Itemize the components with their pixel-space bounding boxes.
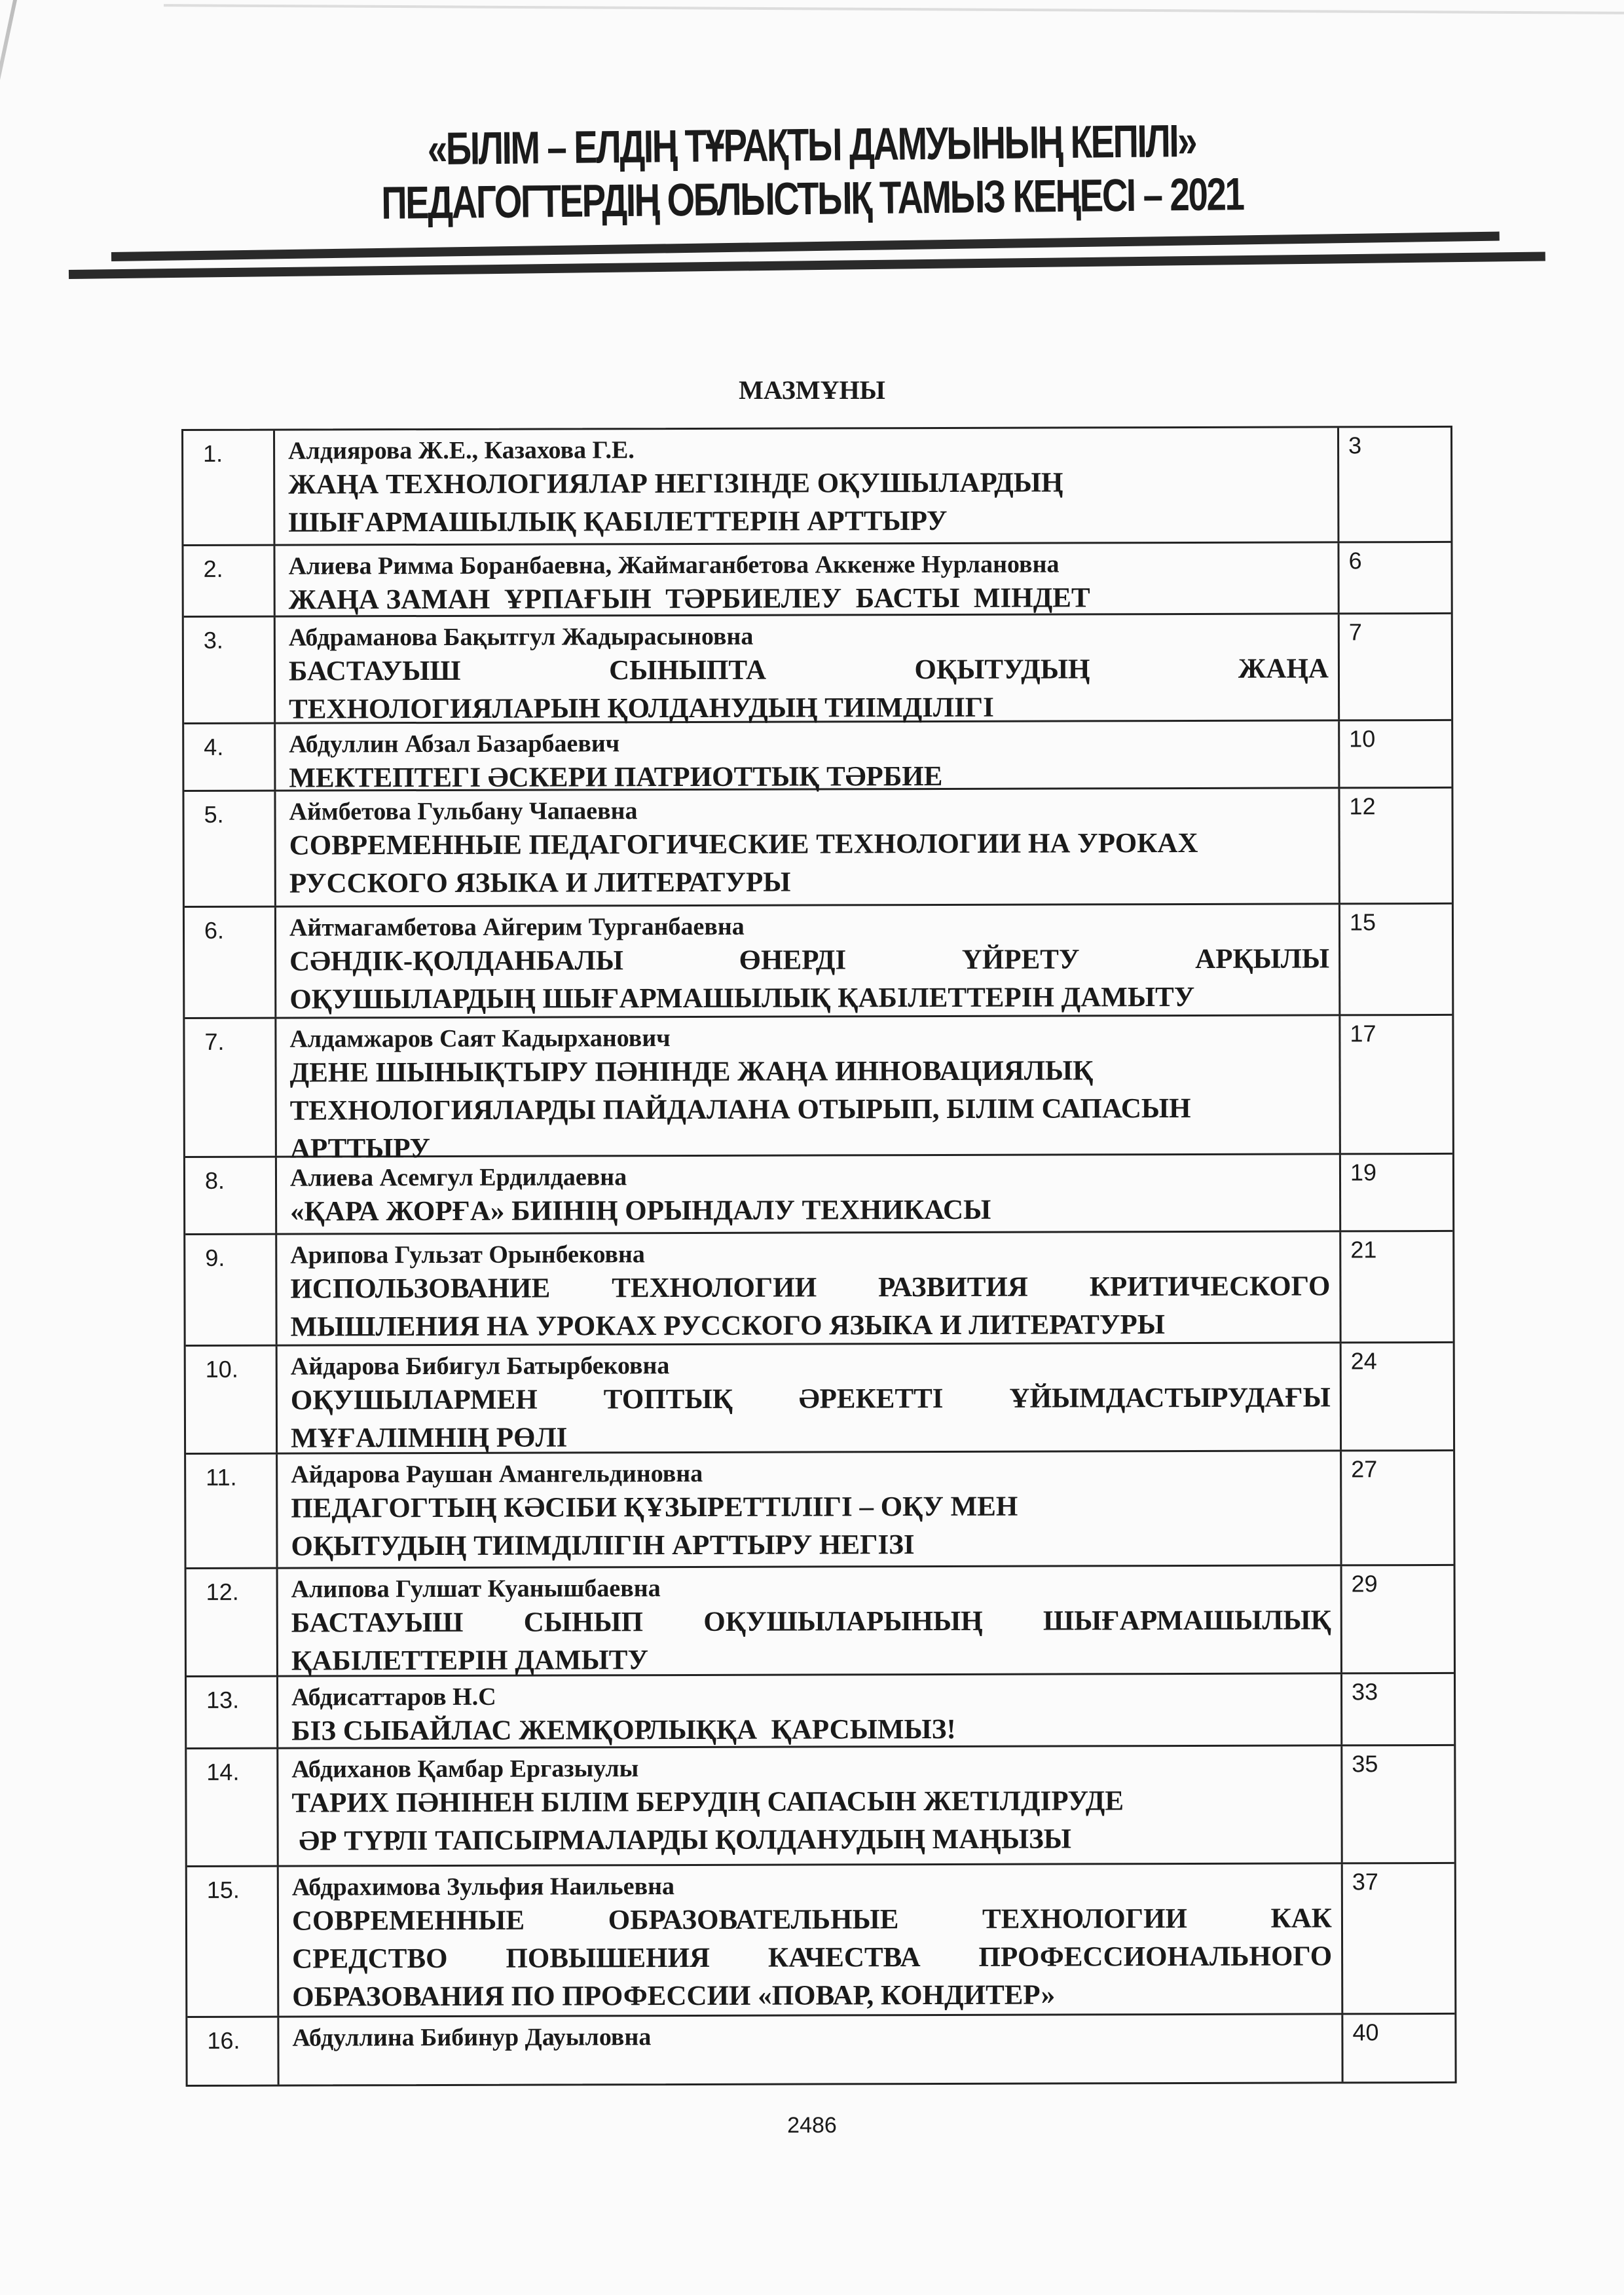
toc-entry-author: Айдарова Бибигул Батырбековна xyxy=(291,1349,1331,1381)
toc-entry-number: 2. xyxy=(183,546,275,616)
toc-entry-title-line[interactable]: «ҚАРА ЖОРҒА» БИІНІҢ ОРЫНДАЛУ ТЕХНИКАСЫ xyxy=(290,1190,1330,1231)
toc-row: 13.Абдисаттаров Н.СБІЗ СЫБАЙЛАС ЖЕМҚОРЛЫ… xyxy=(187,1672,1454,1747)
toc-entry-page[interactable]: 24 xyxy=(1342,1343,1453,1449)
toc-entry-author: Алдамжаров Саят Кадырханович xyxy=(289,1021,1329,1054)
toc-entry-title-line[interactable]: ШЫҒАРМАШЫЛЫҚ ҚАБІЛЕТТЕРІН АРТТЫРУ xyxy=(288,501,1328,542)
toc-entry-title-line[interactable]: СӘНДІК-ҚОЛДАНБАЛЫ ӨНЕРДІ ҮЙРЕТУ АРҚЫЛЫ xyxy=(289,940,1329,980)
toc-entry-title-line[interactable]: ӘР ТҮРЛІ ТАПСЫРМАЛАРДЫ ҚОЛДАНУДЫҢ МАҢЫЗЫ xyxy=(292,1819,1332,1860)
toc-entry-title-line[interactable]: ЖАҢА ТЕХНОЛОГИЯЛАР НЕГІЗІНДЕ ОҚУШЫЛАРДЫҢ xyxy=(288,463,1328,504)
toc-entry-page[interactable]: 7 xyxy=(1340,614,1451,719)
toc-row: 12.Алипова Гулшат КуанышбаевнаБАСТАУЫШ С… xyxy=(187,1564,1454,1675)
toc-entry-number: 10. xyxy=(186,1347,278,1453)
toc-row: 1.Алдиярова Ж.Е., Казахова Г.Е.ЖАҢА ТЕХН… xyxy=(183,428,1450,544)
toc-row: 15.Абдрахимова Зульфия НаильевнаСОВРЕМЕН… xyxy=(187,1862,1455,2016)
toc-entry-title-line[interactable]: ИСПОЛЬЗОВАНИЕ ТЕХНОЛОГИИ РАЗВИТИЯ КРИТИЧ… xyxy=(290,1267,1330,1308)
toc-entry-number: 1. xyxy=(183,431,275,544)
toc-entry-page[interactable]: 15 xyxy=(1340,905,1452,1014)
toc-row: 7.Алдамжаров Саят КадырхановичДЕНЕ ШЫНЫҚ… xyxy=(185,1014,1452,1156)
toc-entry-title-line[interactable]: МЫШЛЕНИЯ НА УРОКАХ РУССКОГО ЯЗЫКА И ЛИТЕ… xyxy=(291,1305,1331,1346)
toc-entry-number: 6. xyxy=(185,908,276,1017)
toc-entry-author: Алдиярова Ж.Е., Казахова Г.Е. xyxy=(288,433,1328,466)
toc-entry-body: Айдарова Раушан АмангельдиновнаПЕДАГОГТЫ… xyxy=(278,1451,1342,1567)
toc-entry-number: 16. xyxy=(187,2018,279,2085)
toc-entry-title-line[interactable]: ОҚУШЫЛАРМЕН ТОПТЫҚ ӘРЕКЕТТІ ҰЙЫМДАСТЫРУД… xyxy=(291,1379,1331,1419)
toc-entry-number: 4. xyxy=(184,724,276,790)
toc-entry-number: 13. xyxy=(187,1677,278,1747)
toc-entry-title-line[interactable]: ОБРАЗОВАНИЯ ПО ПРОФЕССИИ «ПОВАР, КОНДИТЕ… xyxy=(292,1975,1332,2016)
toc-entry-body: Абдуллин Абзал БазарбаевичМЕКТЕПТЕГІ ӘСК… xyxy=(276,721,1340,789)
toc-entry-title-line[interactable]: ПЕДАГОГТЫҢ КӘСІБИ ҚҰЗЫРЕТТІЛІГІ – ОҚУ МЕ… xyxy=(291,1487,1331,1527)
toc-entry-author: Абдрахимова Зульфия Наильевна xyxy=(292,1869,1332,1902)
toc-entry-page[interactable]: 37 xyxy=(1343,1864,1455,2013)
toc-entry-body: Алипова Гулшат КуанышбаевнаБАСТАУЫШ СЫНЫ… xyxy=(278,1566,1342,1675)
toc-entry-body: Абдуллина Бибинур Дауыловна xyxy=(279,2015,1343,2084)
toc-entry-title-line[interactable]: СОВРЕМЕННЫЕ ОБРАЗОВАТЕЛЬНЫЕ ТЕХНОЛОГИИ К… xyxy=(292,1899,1332,1940)
toc-entry-number: 14. xyxy=(187,1749,278,1865)
toc-entry-title-line[interactable]: БАСТАУЫШ СЫНЫП ОҚУШЫЛАРЫНЫҢ ШЫҒАРМАШЫЛЫҚ xyxy=(291,1601,1331,1642)
toc-entry-author: Арипова Гульзат Орынбековна xyxy=(290,1237,1330,1270)
toc-entry-body: Арипова Гульзат ОрынбековнаИСПОЛЬЗОВАНИЕ… xyxy=(277,1232,1341,1344)
toc-entry-page[interactable]: 27 xyxy=(1342,1451,1453,1564)
toc-entry-page[interactable]: 35 xyxy=(1342,1746,1454,1862)
toc-entry-body: Аймбетова Гульбану ЧапаевнаСОВРЕМЕННЫЕ П… xyxy=(276,789,1340,905)
toc-entry-title-line[interactable]: ОҚЫТУДЫҢ ТИІМДІЛІГІН АРТТЫРУ НЕГІЗІ xyxy=(291,1525,1331,1565)
toc-entry-author: Абдраманова Бақытгул Жадырасыновна xyxy=(289,620,1329,652)
toc-entry-number: 8. xyxy=(185,1158,277,1233)
toc-row: 11.Айдарова Раушан АмангельдиновнаПЕДАГО… xyxy=(186,1449,1453,1567)
toc-entry-title-line[interactable]: ОҚУШЫЛАРДЫҢ ШЫҒАРМАШЫЛЫҚ ҚАБІЛЕТТЕРІН ДА… xyxy=(289,978,1329,1018)
document-header: «БІЛІМ – ЕЛДІҢ ТҰРАҚТЫ ДАМУЫНЫҢ КЕПІЛІ» … xyxy=(0,109,1624,234)
toc-row: 9.Арипова Гульзат ОрынбековнаИСПОЛЬЗОВАН… xyxy=(185,1230,1452,1345)
toc-row: 2.Алиева Римма Боранбаевна, Жаймаганбето… xyxy=(183,541,1450,616)
toc-entry-page[interactable]: 21 xyxy=(1341,1232,1452,1341)
toc-entry-body: Алиева Асемгул Ердилдаевна«ҚАРА ЖОРҒА» Б… xyxy=(277,1155,1341,1233)
toc-row: 5.Аймбетова Гульбану ЧапаевнаСОВРЕМЕННЫЕ… xyxy=(184,787,1451,906)
toc-entry-body: Абдраманова Бақытгул ЖадырасыновнаБАСТАУ… xyxy=(276,614,1340,722)
toc-entry-author: Абдисаттаров Н.С xyxy=(291,1679,1331,1712)
toc-entry-title-line[interactable]: РУССКОГО ЯЗЫКА И ЛИТЕРАТУРЫ xyxy=(289,862,1329,903)
toc-entry-author: Алиева Римма Боранбаевна, Жаймаганбетова… xyxy=(288,548,1328,581)
toc-entry-body: Абдисаттаров Н.СБІЗ СЫБАЙЛАС ЖЕМҚОРЛЫҚҚА… xyxy=(278,1674,1342,1747)
toc-heading: МАЗМҰНЫ xyxy=(0,375,1624,405)
toc-entry-body: Абдрахимова Зульфия НаильевнаСОВРЕМЕННЫЕ… xyxy=(279,1864,1344,2015)
toc-entry-number: 9. xyxy=(185,1235,277,1345)
toc-row: 10.Айдарова Бибигул БатырбековнаОҚУШЫЛАР… xyxy=(186,1341,1453,1453)
toc-entry-body: Абдиханов Қамбар ЕргазыулыТАРИХ ПӘНІНЕН … xyxy=(278,1746,1342,1865)
toc-entry-page[interactable]: 33 xyxy=(1342,1674,1454,1744)
toc-entry-author: Айтмагамбетова Айгерим Турганбаевна xyxy=(289,910,1329,942)
toc-row: 8.Алиева Асемгул Ердилдаевна«ҚАРА ЖОРҒА»… xyxy=(185,1153,1452,1233)
toc-entry-title-line[interactable]: БАСТАУЫШ СЫНЫПТА ОҚЫТУДЫҢ ЖАҢА xyxy=(289,650,1329,690)
toc-entry-title-line[interactable]: ЖАҢА ЗАМАН ҰРПАҒЫН ТӘРБИЕЛЕУ БАСТЫ МІНДЕ… xyxy=(289,578,1329,619)
toc-entry-number: 12. xyxy=(187,1569,278,1675)
toc-entry-title-line[interactable]: БІЗ СЫБАЙЛАС ЖЕМҚОРЛЫҚҚА ҚАРСЫМЫЗ! xyxy=(291,1709,1331,1750)
page-number: 2486 xyxy=(0,2113,1624,2138)
toc-entry-author: Абдуллина Бибинур Дауыловна xyxy=(292,2020,1332,2053)
toc-entry-page[interactable]: 3 xyxy=(1339,428,1450,541)
toc-entry-page[interactable]: 10 xyxy=(1340,721,1451,787)
toc-entry-body: Айтмагамбетова Айгерим ТурганбаевнаСӘНДІ… xyxy=(276,905,1340,1017)
toc-entry-number: 7. xyxy=(185,1019,277,1156)
toc-entry-page[interactable]: 12 xyxy=(1340,789,1451,903)
scan-top-edge xyxy=(164,4,1624,14)
toc-entry-author: Алипова Гулшат Куанышбаевна xyxy=(291,1571,1331,1604)
toc-entry-page[interactable]: 17 xyxy=(1340,1016,1452,1153)
toc-entry-author: Абдуллин Абзал Базарбаевич xyxy=(289,726,1329,759)
toc-entry-body: Алдамжаров Саят КадырхановичДЕНЕ ШЫНЫҚТЫ… xyxy=(276,1016,1341,1155)
toc-entry-author: Айдарова Раушан Амангельдиновна xyxy=(291,1457,1331,1489)
toc-entry-title-line[interactable]: СРЕДСТВО ПОВЫШЕНИЯ КАЧЕСТВА ПРОФЕССИОНАЛ… xyxy=(292,1937,1332,1978)
toc-entry-number: 11. xyxy=(186,1455,278,1567)
toc-entry-title-line[interactable]: СОВРЕМЕННЫЕ ПЕДАГОГИЧЕСКИЕ ТЕХНОЛОГИИ НА… xyxy=(289,824,1329,865)
toc-entry-page[interactable]: 6 xyxy=(1339,543,1450,612)
toc-entry-number: 5. xyxy=(184,792,276,906)
toc-row: 3.Абдраманова Бақытгул ЖадырасыновнаБАСТ… xyxy=(184,612,1451,722)
toc-entry-title-line[interactable]: ТАРИХ ПӘНІНЕН БІЛІМ БЕРУДІҢ САПАСЫН ЖЕТІ… xyxy=(291,1782,1331,1822)
toc-row: 6.Айтмагамбетова Айгерим ТурганбаевнаСӘН… xyxy=(185,903,1452,1017)
toc-entry-title-line[interactable]: ТЕХНОЛОГИЯЛАРДЫ ПАЙДАЛАНА ОТЫРЫП, БІЛІМ … xyxy=(290,1089,1330,1130)
toc-entry-page[interactable]: 19 xyxy=(1341,1155,1452,1230)
toc-entry-body: Айдарова Бибигул БатырбековнаОҚУШЫЛАРМЕН… xyxy=(278,1343,1342,1452)
toc-entry-number: 15. xyxy=(187,1867,280,2016)
toc-entry-number: 3. xyxy=(184,618,276,722)
toc-entry-page[interactable]: 29 xyxy=(1342,1566,1454,1672)
toc-row: 4.Абдуллин Абзал БазарбаевичМЕКТЕПТЕГІ Ә… xyxy=(184,719,1451,790)
toc-entry-author: Абдиханов Қамбар Ергазыулы xyxy=(291,1751,1331,1784)
toc-entry-body: Алдиярова Ж.Е., Казахова Г.Е.ЖАҢА ТЕХНОЛ… xyxy=(275,428,1339,544)
toc-entry-author: Аймбетова Гульбану Чапаевна xyxy=(289,794,1329,827)
table-of-contents: 1.Алдиярова Ж.Е., Казахова Г.Е.ЖАҢА ТЕХН… xyxy=(181,426,1457,2087)
toc-row: 14.Абдиханов Қамбар ЕргазыулыТАРИХ ПӘНІН… xyxy=(187,1744,1454,1865)
toc-entry-body: Алиева Римма Боранбаевна, Жаймаганбетова… xyxy=(275,543,1339,615)
toc-entry-title-line[interactable]: ДЕНЕ ШЫНЫҚТЫРУ ПӘНІНДЕ ЖАҢА ИННОВАЦИЯЛЫҚ xyxy=(289,1051,1329,1092)
toc-row: 16.Абдуллина Бибинур Дауыловна40 xyxy=(187,2013,1454,2085)
toc-entry-page[interactable]: 40 xyxy=(1343,2015,1454,2081)
toc-entry-author: Алиева Асемгул Ердилдаевна xyxy=(290,1160,1330,1193)
